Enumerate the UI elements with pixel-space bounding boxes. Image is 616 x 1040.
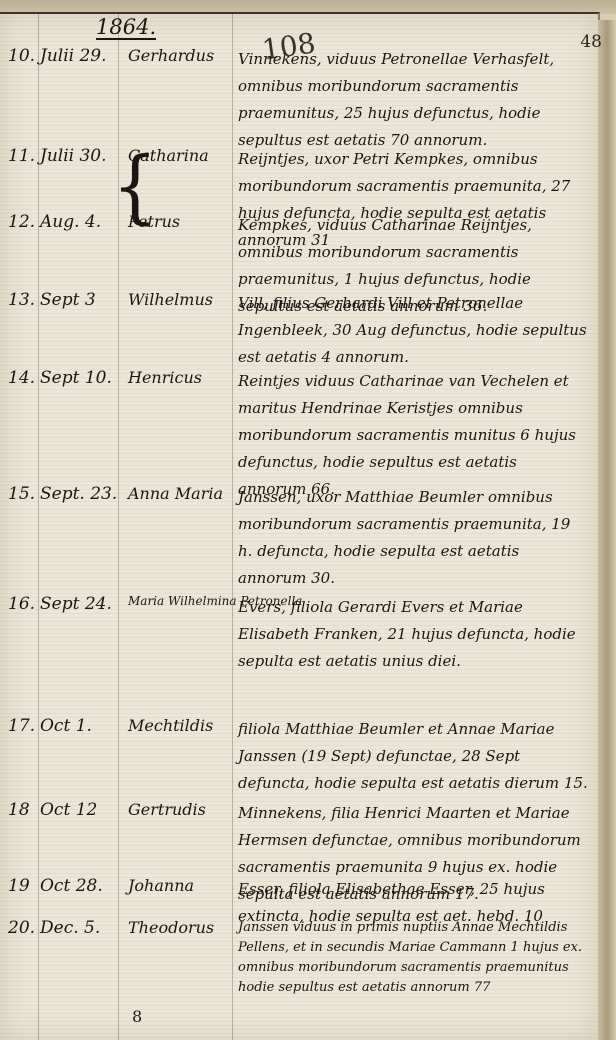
entry-number: 16. xyxy=(8,594,38,614)
entry-given-name: Gertrudis xyxy=(128,800,238,819)
entry-number: 13. xyxy=(8,290,38,310)
entry-number: 18 xyxy=(8,800,38,820)
entry-number: 11. xyxy=(8,146,38,166)
entry-date: Sept 10. xyxy=(40,368,130,388)
entry-date: Sept 24. xyxy=(40,594,130,614)
entry-given-name: Mechtildis xyxy=(128,716,238,735)
entry-text: Janssen, uxor Matthiae Beumler omnibus m… xyxy=(238,484,588,592)
entry-given-name: Maria Wilhelmina Petronella xyxy=(128,594,238,608)
entry-date: Sept 3 xyxy=(40,290,130,310)
entry-date: Oct 1. xyxy=(40,716,130,736)
entry-given-name: Wilhelmus xyxy=(128,290,238,309)
entry-number: 19 xyxy=(8,876,38,896)
entry-text: Reintjes viduus Catharinae van Vechelen … xyxy=(238,368,588,503)
column-rule-number xyxy=(38,14,39,1040)
entry-given-name: Theodorus xyxy=(128,918,238,937)
register-year: 1864. xyxy=(96,16,156,40)
entry-text: Vinnekens, viduus Petronellae Verhasfelt… xyxy=(238,46,588,154)
entry-text: Vill, filius Gerhardi Vill et Petronella… xyxy=(238,290,588,371)
entry-number: 17. xyxy=(8,716,38,736)
entry-date: Julii 29. xyxy=(40,46,130,66)
entry-number: 12. xyxy=(8,212,38,232)
entry-number: 15. xyxy=(8,484,38,504)
entry-date: Aug. 4. xyxy=(40,212,130,232)
entry-given-name: Gerhardus xyxy=(128,46,238,65)
book-spine xyxy=(598,20,616,1040)
entry-date: Oct 28. xyxy=(40,876,130,896)
entry-number: 14. xyxy=(8,368,38,388)
entry-date: Oct 12 xyxy=(40,800,130,820)
entry-date: Sept. 23. xyxy=(40,484,130,504)
entry-text: Janssen viduus in primis nuptiis Annae M… xyxy=(238,918,588,998)
footer-mark: 8 xyxy=(132,1007,142,1026)
entry-number: 20. xyxy=(8,918,38,938)
entry-number: 10. xyxy=(8,46,38,66)
entry-text: Evers, filiola Gerardi Evers et Mariae E… xyxy=(238,594,588,675)
entry-given-name: Anna Maria xyxy=(128,484,238,503)
entry-date: Dec. 5. xyxy=(40,918,130,938)
entry-text: filiola Matthiae Beumler et Annae Mariae… xyxy=(238,716,588,797)
entry-given-name: Petrus xyxy=(128,212,238,231)
entry-given-name: Henricus xyxy=(128,368,238,387)
entry-given-name: Johanna xyxy=(128,876,238,895)
